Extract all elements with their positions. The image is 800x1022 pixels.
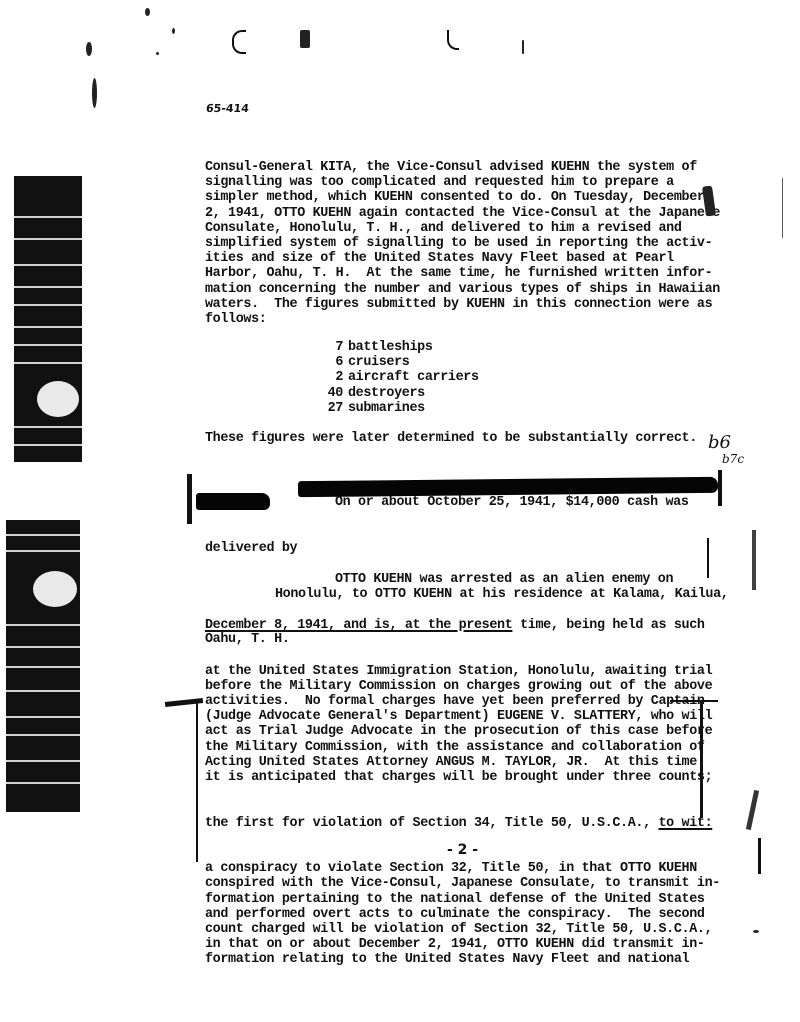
paragraph-3-line: formation pertaining to the national def…: [205, 892, 720, 907]
cash-delivery-line-1: On or about October 25, 1941, $14,000 ca…: [205, 495, 728, 510]
scan-speck: [145, 8, 150, 16]
paragraph-1-line: ities and size of the United States Navy…: [205, 251, 720, 266]
arrest-line-2-rest: time, being held as such: [512, 618, 704, 633]
ship-count-item: 27submarines: [325, 401, 479, 416]
ship-count-item: 7battleships: [325, 340, 479, 355]
ship-count-number: 27: [325, 401, 343, 416]
paragraph-1-line: simpler method, which KUEHN consented to…: [205, 190, 720, 205]
paragraph-1-line: 2, 1941, OTTO KUEHN again contacted the …: [205, 206, 720, 221]
paragraph-1-line: Harbor, Oahu, T. H. At the same time, he…: [205, 266, 720, 281]
page-number: - 2 -: [447, 842, 478, 858]
paragraph-3-line: activities. No formal charges have yet b…: [205, 694, 720, 709]
margin-note-b6: b6: [708, 432, 731, 453]
paragraph-3-line: it is anticipated that charges will be b…: [205, 770, 720, 785]
scan-speck: [86, 42, 92, 56]
scanned-document-page: 65-414 Consul-General KITA, the Vice-Con…: [0, 0, 800, 1022]
ship-count-item: 6cruisers: [325, 355, 479, 370]
scan-edge-artifact: [782, 178, 783, 238]
paragraph-1-line: Consulate, Honolulu, T. H., and delivere…: [205, 221, 720, 236]
paragraph-signalling-system: Consul-General KITA, the Vice-Consul adv…: [205, 160, 720, 327]
margin-note-b7c: b7c: [722, 452, 744, 466]
scan-edge-artifact: [758, 838, 761, 874]
paragraph-arrest-and-charges: OTTO KUEHN was arrested as an alien enem…: [205, 542, 720, 998]
paragraph-1-line: signalling was too complicated and reque…: [205, 175, 720, 190]
scan-artifact-strip-bottom: [6, 520, 80, 812]
paragraph-3-line: a conspiracy to violate Section 32, Titl…: [205, 861, 720, 876]
redaction-margin-bracket: [187, 474, 192, 524]
paragraph-3-line: in that on or about December 2, 1941, OT…: [205, 937, 720, 952]
margin-bracket-line: [700, 700, 703, 818]
paragraph-3-line: the Military Commission, with the assist…: [205, 740, 720, 755]
paragraph-1-line: waters. The figures submitted by KUEHN i…: [205, 297, 720, 312]
scan-speck: [753, 930, 759, 933]
paragraph-3-line: at the United States Immigration Station…: [205, 664, 720, 679]
arrest-date-underlined: December 8, 1941, and is, at the present: [205, 618, 512, 633]
scan-speck: [92, 78, 97, 108]
paragraph-3-line: and performed overt acts to culminate th…: [205, 907, 720, 922]
ship-type: battleships: [348, 340, 433, 355]
arrest-line-1: OTTO KUEHN was arrested as an alien enem…: [205, 572, 720, 587]
to-wit-line-prefix: the first for violation of Section 34, T…: [205, 816, 658, 831]
scan-speck: [172, 28, 175, 34]
ship-count-number: 2: [325, 370, 343, 385]
redaction-bar: [196, 493, 270, 510]
paragraph-3-line: formation relating to the United States …: [205, 952, 720, 967]
paragraph-1-line: simplified system of signalling to be us…: [205, 236, 720, 251]
punch-hole-mark: [232, 30, 246, 54]
scan-speck: [300, 30, 310, 48]
margin-bracket-line: [196, 702, 198, 862]
scan-edge-artifact: [746, 790, 759, 830]
paragraph-1-line: follows:: [205, 312, 720, 327]
scan-speck: [522, 40, 524, 54]
ship-count-number: 6: [325, 355, 343, 370]
margin-bracket-line: [670, 700, 718, 702]
ship-count-list: 7battleships6cruisers2aircraft carriers4…: [325, 340, 479, 416]
paragraph-3-line: Acting United States Attorney ANGUS M. T…: [205, 755, 720, 770]
ship-type: destroyers: [348, 386, 425, 401]
ship-count-number: 40: [325, 386, 343, 401]
ship-type: aircraft carriers: [348, 370, 479, 385]
margin-bracket-line: [707, 538, 709, 578]
figures-note: These figures were later determined to b…: [205, 431, 697, 446]
paragraph-3-line: before the Military Commission on charge…: [205, 679, 720, 694]
punch-hole-mark: [447, 30, 459, 50]
ship-count-number: 7: [325, 340, 343, 355]
scan-speck: [156, 52, 159, 55]
ship-count-item: 40destroyers: [325, 386, 479, 401]
ship-type: submarines: [348, 401, 425, 416]
scan-edge-artifact: [752, 530, 756, 590]
paragraph-3-line: (Judge Advocate General's Department) EU…: [205, 709, 720, 724]
paragraph-3-line: act as Trial Judge Advocate in the prose…: [205, 724, 720, 739]
ship-type: cruisers: [348, 355, 410, 370]
to-wit-underlined: to wit:: [658, 816, 712, 831]
paragraph-1-line: Consul-General KITA, the Vice-Consul adv…: [205, 160, 720, 175]
ship-count-item: 2aircraft carriers: [325, 370, 479, 385]
paragraph-1-line: mation concerning the number and various…: [205, 282, 720, 297]
file-number: 65-414: [205, 102, 249, 115]
paragraph-3-line: count charged will be violation of Secti…: [205, 922, 720, 937]
scan-artifact-strip-top: [14, 176, 82, 462]
paragraph-3-line: conspired with the Vice-Consul, Japanese…: [205, 876, 720, 891]
redaction-margin-bracket: [718, 470, 722, 506]
